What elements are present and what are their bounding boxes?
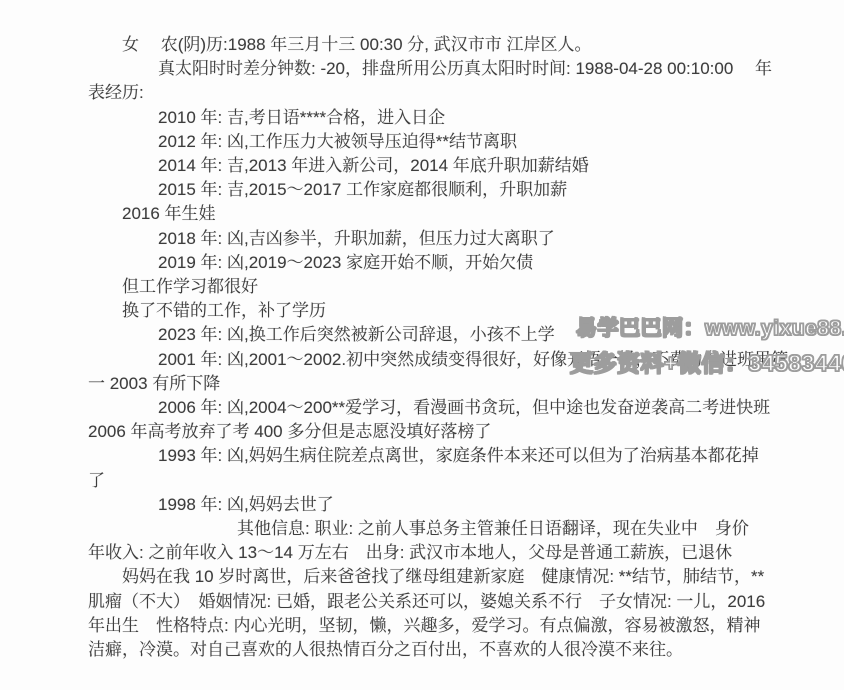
text-line: 2018 年: 凶,吉凶参半，升职加薪，但压力过大离职了 xyxy=(158,227,844,251)
text-line: 真太阳时时差分钟数: -20，排盘所用公历真太阳时时间: 1988-04-28 … xyxy=(158,57,844,81)
text-line: 2014 年: 吉,2013 年进入新公司，2014 年底升职加薪结婚 xyxy=(158,154,844,178)
document-text: 女 农(阴)历:1988 年三月十三 00:30 分, 武汉市市 江岸区人。真太… xyxy=(0,0,844,662)
text-line: 妈妈在我 10 岁时离世，后来爸爸找了继母组建新家庭 健康情况: **结节，肺结… xyxy=(122,565,844,589)
text-line: 2006 年: 凶,2004～200**爱学习，看漫画书贪玩，但中途也发奋逆袭高… xyxy=(158,396,844,420)
text-line: 洁癖，冷漠。对自己喜欢的人很热情百分之百付出，不喜欢的人很冷漠不来往。 xyxy=(88,638,844,662)
text-line: 2016 年生娃 xyxy=(122,202,844,226)
text-line: 2019 年: 凶,2019～2023 家庭开始不顺，开始欠债 xyxy=(158,251,844,275)
text-line: 换了不错的工作，补了学历 xyxy=(122,299,844,323)
text-line: 2006 年高考放弃了考 400 多分但是志愿没填好落榜了 xyxy=(88,420,844,444)
text-line: 2010 年: 吉,考日语****合格，进入日企 xyxy=(158,106,844,130)
text-line: 2015 年: 吉,2015～2017 工作家庭都很顺利，升职加薪 xyxy=(158,178,844,202)
text-line: 但工作学习都很好 xyxy=(122,275,844,299)
text-line: 表经历: xyxy=(88,81,844,105)
text-line: 年收入: 之前年收入 13～14 万左右 出身: 武汉市本地人，父母是普通工薪族… xyxy=(88,541,844,565)
text-line: 一 2003 有所下降 xyxy=(88,372,844,396)
text-line: 其他信息: 职业: 之前人事总务主管兼任日语翻译，现在失业中 身价 xyxy=(237,517,844,541)
text-line: 了 xyxy=(88,469,844,493)
document-page: 女 农(阴)历:1988 年三月十三 00:30 分, 武汉市市 江岸区人。真太… xyxy=(0,0,844,690)
text-line: 2012 年: 凶,工作压力大被领导压迫得**结节离职 xyxy=(158,130,844,154)
text-line: 年出生 性格特点: 内心光明，坚韧，懒，兴趣多，爱学习。有点偏激，容易被激怒，精… xyxy=(88,614,844,638)
text-line: 女 农(阴)历:1988 年三月十三 00:30 分, 武汉市市 江岸区人。 xyxy=(122,33,844,57)
text-line: 1993 年: 凶,妈妈生病住院差点离世，家庭条件本来还可以但为了治病基本都花掉 xyxy=(158,444,844,468)
text-line: 2023 年: 凶,换工作后突然被新公司辞退，小孩不上学 xyxy=(158,323,844,347)
text-line: 2001 年: 凶,2001～2002.初中突然成绩变得很好，好像开悟一样，不费… xyxy=(158,348,844,372)
text-line: 1998 年: 凶,妈妈去世了 xyxy=(158,493,844,517)
text-line: 肌瘤（不大） 婚姻情况: 已婚，跟老公关系还可以，婆媳关系不行 子女情况: 一儿… xyxy=(88,590,844,614)
